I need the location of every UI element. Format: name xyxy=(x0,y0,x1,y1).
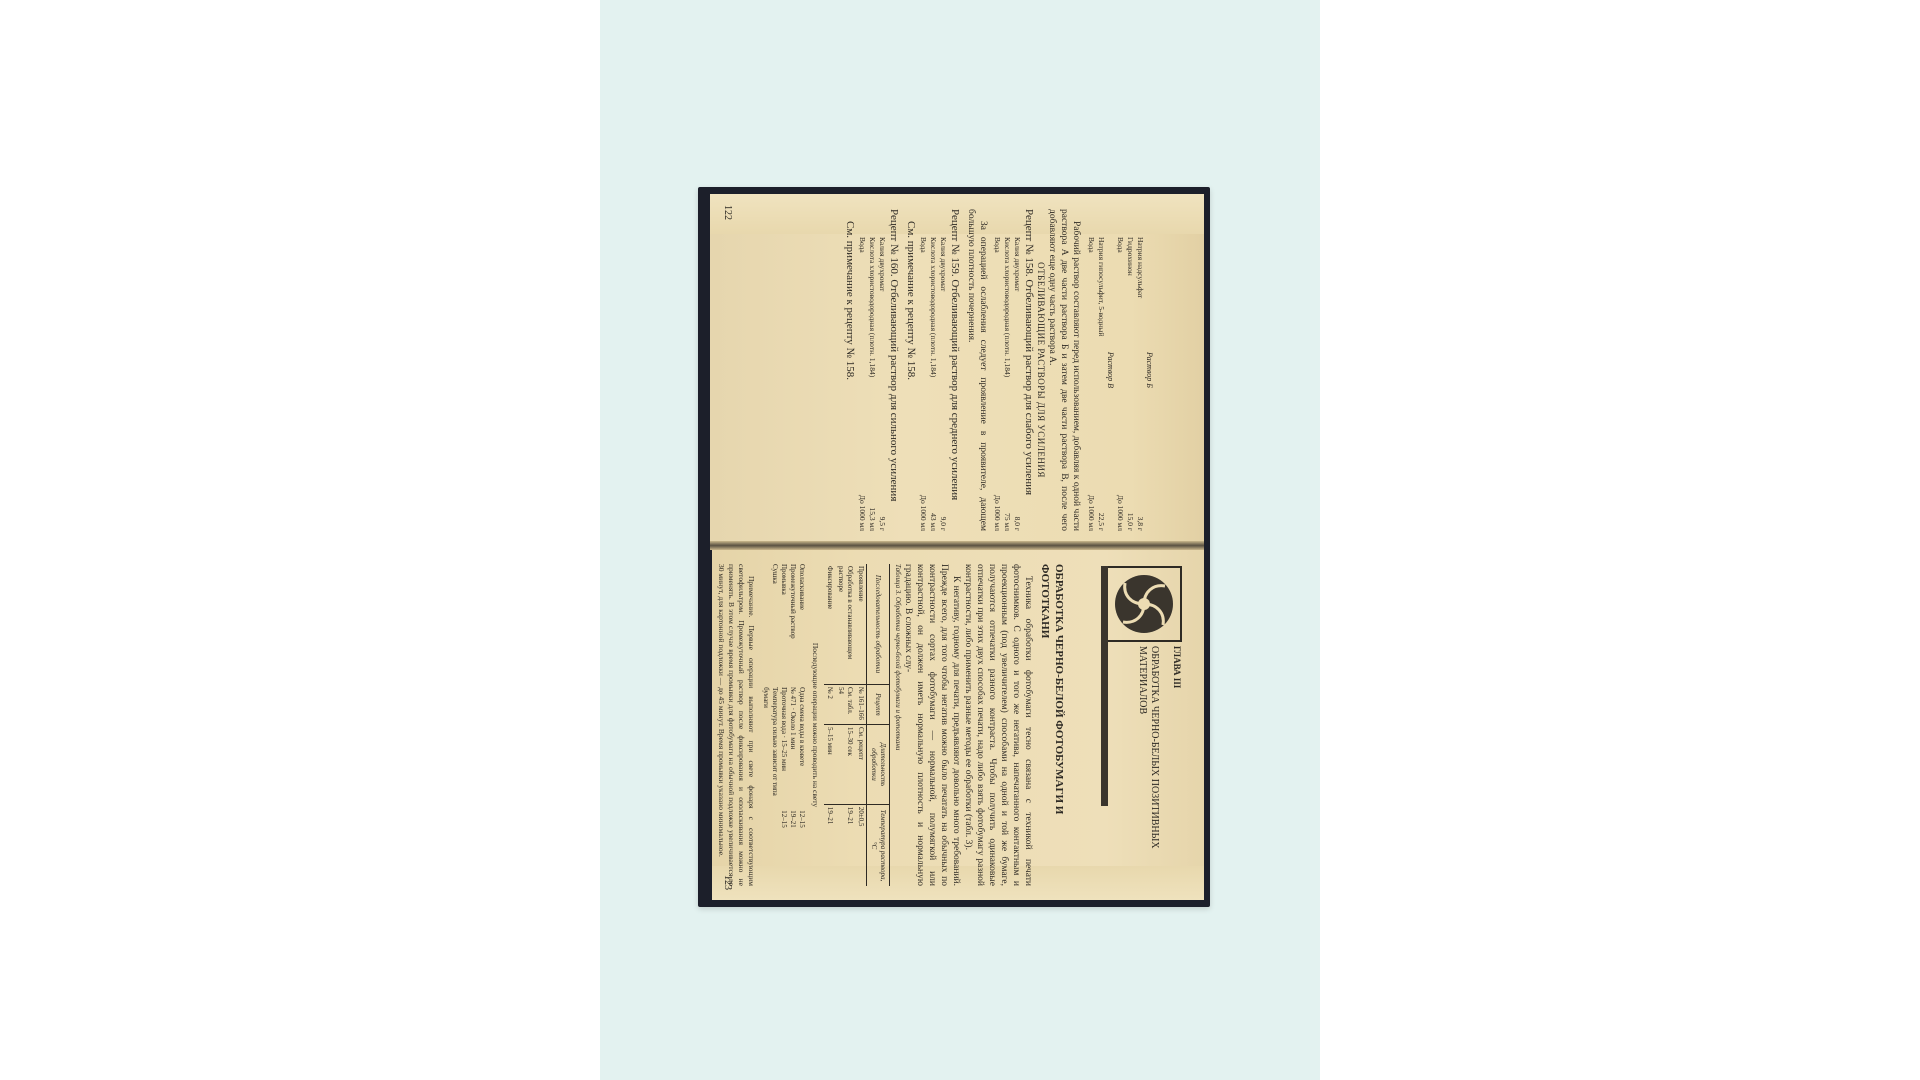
ingredient-row: Кислота хлористоводородная (плотн. 1,184… xyxy=(928,209,938,531)
recipe-159-title: Рецепт № 159. Отбеливающий раствор для с… xyxy=(948,209,962,531)
table-header: Последовательность обработки xyxy=(867,564,890,684)
ingredient-row: ВодаДо 1000 мл xyxy=(1086,209,1096,531)
chapter-header: ГЛАВА III ОБРАБОТКА ЧЕРНО-БЕЛЫХ ПОЗИТИВН… xyxy=(1066,564,1186,886)
ingredient-row: Калия двухромат8,0 г xyxy=(1012,209,1022,531)
page-number: 123 xyxy=(722,875,733,890)
ingredient-row: Натрия гипосульфит, 5-водный22,5 г xyxy=(1096,209,1106,531)
chapter-title: ОБРАБОТКА ЧЕРНО-БЕЛЫХ ПОЗИТИВНЫХ МАТЕРИА… xyxy=(1136,646,1160,886)
ingredient-row: Калия двухромат9,0 г xyxy=(938,209,948,531)
recipe-160-note: См. примечание к рецепту № 158. xyxy=(843,209,857,531)
solution-v-title: Раствор В xyxy=(1106,209,1115,531)
aperture-logo-icon xyxy=(1106,566,1182,642)
section-title: ОБРАБОТКА ЧЕРНО-БЕЛОЙ ФОТОБУМАГИ И ФОТОТ… xyxy=(1038,564,1066,886)
ingredient-row: ВодаДо 1000 мл xyxy=(1115,209,1125,531)
paragraph-2: К негативу, годному для печати, предъявл… xyxy=(902,564,962,886)
table-subheading: Последующие операции можно проводить на … xyxy=(810,564,820,886)
chapter-label: ГЛАВА III xyxy=(1172,646,1182,688)
book-gutter xyxy=(710,541,1204,550)
processing-table: Последовательность обработки Рецепт Длит… xyxy=(824,564,890,886)
ingredient-row: Гидрохинон15,0 г xyxy=(1125,209,1135,531)
ingredient-row: Калия двухромат9,5 г xyxy=(877,209,887,531)
page-number: 122 xyxy=(722,205,733,220)
table-row: Обработка в останавливающем раствореСм. … xyxy=(835,564,855,886)
section-heading: ОТБЕЛИВАЮЩИЕ РАСТВОРЫ ДЛЯ УСИЛЕНИЯ xyxy=(1036,209,1046,531)
working-solution-text: Рабочий раствор составляют перед использ… xyxy=(1046,209,1082,531)
table-header: Температура раствора, °С xyxy=(867,804,890,886)
table-row: Фиксирование№ 25–15 мин19–21 xyxy=(824,564,835,886)
chapter-bar xyxy=(1101,566,1108,806)
solution-b-title: Раствор Б xyxy=(1145,209,1154,531)
paragraph-1: Техника обработки фотобумаги тесно связа… xyxy=(962,564,1034,886)
ingredient-row: Кислота хлористоводородная (плотн. 1,184… xyxy=(867,209,877,531)
recipe-160-title: Рецепт № 160. Отбеливающий раствор для с… xyxy=(887,209,901,531)
table-header: Рецепт xyxy=(867,684,890,724)
page-122: Раствор Б Натрия надсульфат3,8 г Гидрохи… xyxy=(718,199,1198,539)
table-caption: Таблица 3. Обработка черно-белой фотобум… xyxy=(894,564,902,886)
recipe-158-title: Рецепт № 158. Отбеливающий раствор для с… xyxy=(1022,209,1036,531)
table-header: Длительность обработки xyxy=(867,724,890,804)
table-row: Проявление№ 161–166См. рецепт20±0,5 xyxy=(855,564,867,886)
page-123: ГЛАВА III ОБРАБОТКА ЧЕРНО-БЕЛЫХ ПОЗИТИВН… xyxy=(718,552,1194,896)
recipe-158-note: За операцией ослабления следует проявлен… xyxy=(965,209,989,531)
ingredient-row: ВодаДо 1000 мл xyxy=(992,209,1002,531)
ingredient-row: Натрия надсульфат3,8 г xyxy=(1135,209,1145,531)
ingredient-row: ВодаДо 1000 мл xyxy=(857,209,867,531)
after-operations: ОполаскиваниеОдна смена воды в кювете12–… xyxy=(761,564,806,886)
ingredient-row: Кислота хлористоводородная (плотн. 1,184… xyxy=(1002,209,1012,531)
ingredient-row: ВодаДо 1000 мл xyxy=(918,209,928,531)
table-note: Примечание. Первые операции выполняют пр… xyxy=(716,564,756,886)
recipe-159-note: См. примечание к рецепту № 158. xyxy=(904,209,918,531)
